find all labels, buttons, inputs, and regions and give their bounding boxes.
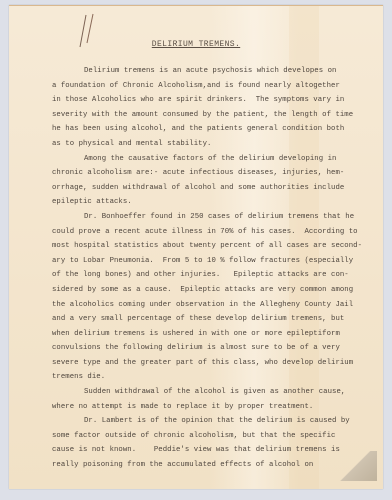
text-line: chronic alcoholism are:- acute infectiou… — [52, 166, 362, 181]
text-line: sidered by some as a cause. Epileptic at… — [52, 283, 362, 298]
text-line: and a very small percentage of these dev… — [52, 312, 362, 327]
text-line: tremens die. — [52, 370, 362, 385]
typewritten-page: DELIRIUM TREMENS. Delirium tremens is an… — [9, 5, 383, 489]
text-line: could prove a recent acute illness in 70… — [52, 225, 362, 240]
text-line: a foundation of Chronic Alcoholism,and i… — [52, 79, 362, 94]
text-line: Delirium tremens is an acute psychosis w… — [52, 64, 362, 79]
text-line: he has been using alcohol, and the patie… — [52, 122, 362, 137]
text-line: Among the causative factors of the delir… — [52, 152, 362, 167]
text-line: orrhage, sudden withdrawal of alcohol an… — [52, 181, 362, 196]
text-line: epileptic attacks. — [52, 195, 362, 210]
text-line: Sudden withdrawal of the alcohol is give… — [52, 385, 362, 400]
folded-corner — [335, 451, 377, 481]
text-line: Dr. Bonhoeffer found in 250 cases of del… — [52, 210, 362, 225]
text-line: most hospital statistics about twenty pe… — [52, 239, 362, 254]
text-line: really poisoning from the accumulated ef… — [52, 458, 362, 473]
text-line: in those Alcoholics who are spirit drink… — [52, 93, 362, 108]
document-title: DELIRIUM TREMENS. — [9, 40, 383, 49]
text-line: the alcoholics coming under observation … — [52, 298, 362, 313]
text-line: cause is not known. Peddie's view was th… — [52, 443, 362, 458]
text-line: where no attempt is made to replace it b… — [52, 400, 362, 415]
text-line: as to physical and mental stability. — [52, 137, 362, 152]
text-line: some factor outside of chronic alcoholis… — [52, 429, 362, 444]
text-line: when delirium tremens is ushered in with… — [52, 327, 362, 342]
text-line: ary to Lobar Pneumonia. From 5 to 10 % f… — [52, 254, 362, 269]
text-line: convulsions the following delirium is al… — [52, 341, 362, 356]
text-line: of the long bones) and other injuries. E… — [52, 268, 362, 283]
text-line: severe type and the greater part of this… — [52, 356, 362, 371]
text-line: severity with the amount consumed by the… — [52, 108, 362, 123]
text-line: Dr. Lambert is of the opinion that the d… — [52, 414, 362, 429]
document-body: Delirium tremens is an acute psychosis w… — [52, 64, 362, 473]
